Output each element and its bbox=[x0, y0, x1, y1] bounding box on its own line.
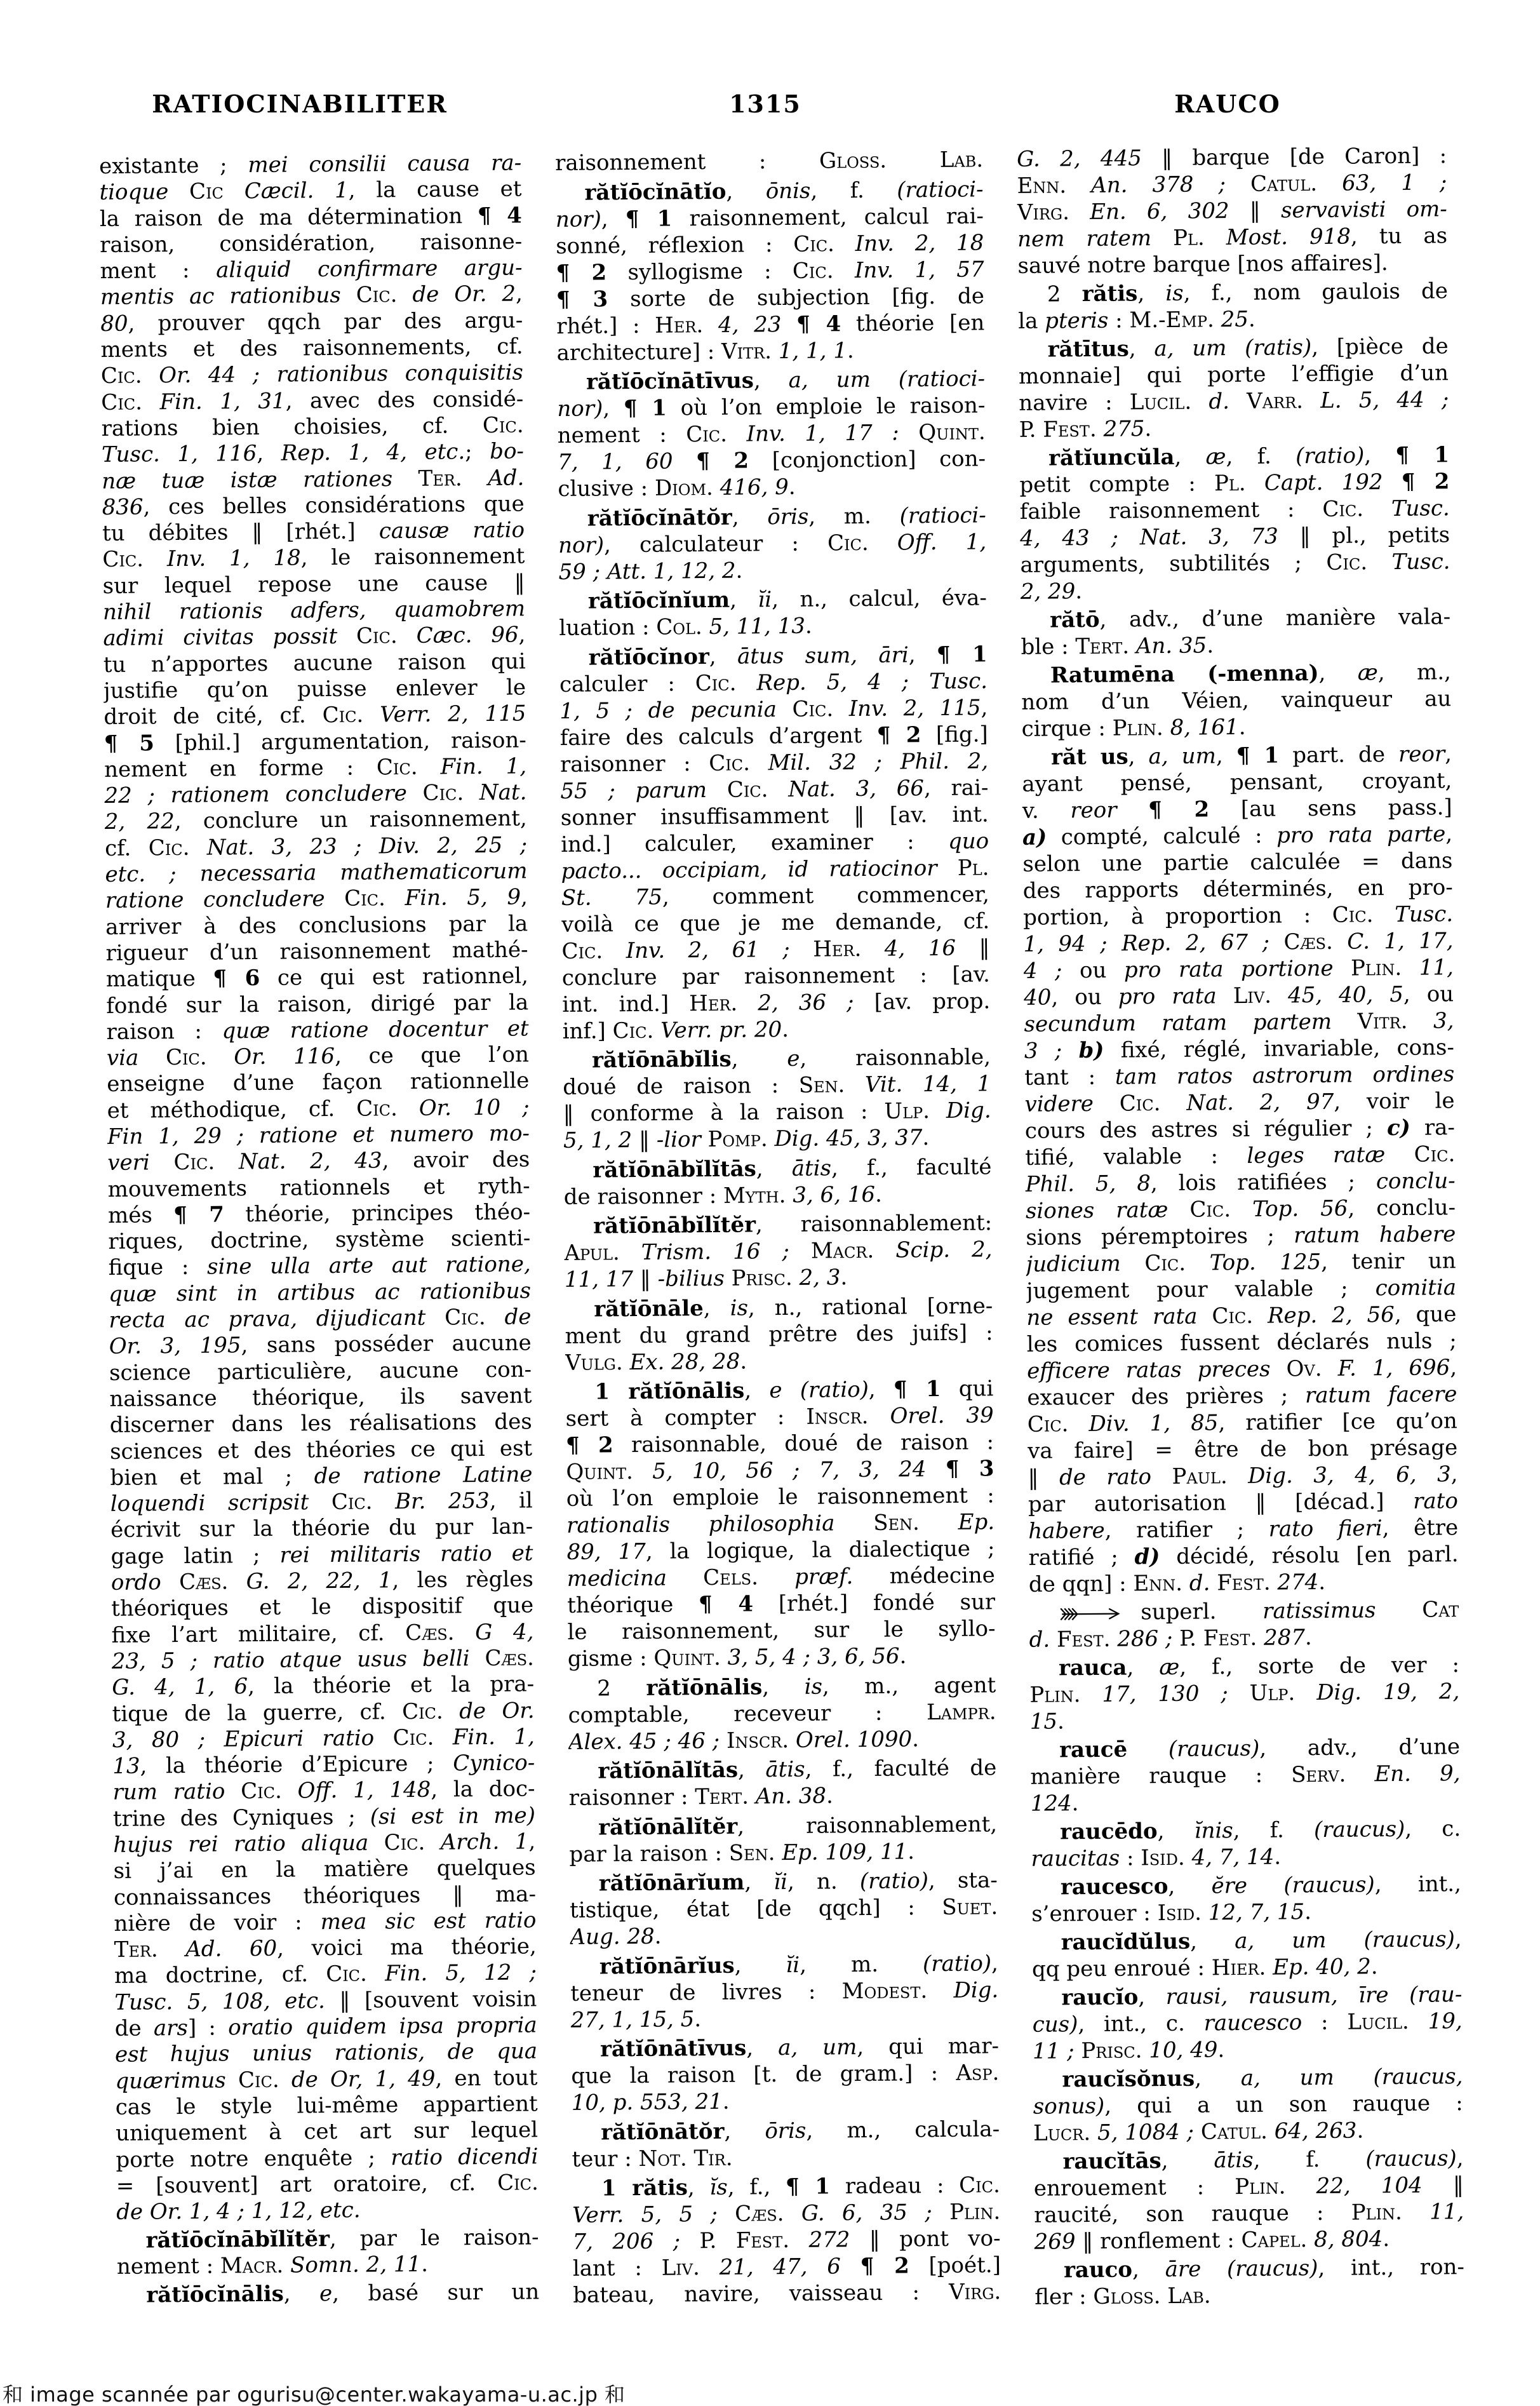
dictionary-entry: rătĭōnābĭlĭtĕr, raisonnablement:Apul. Tr… bbox=[564, 1209, 993, 1293]
french-text: théorie, principes théo- bbox=[224, 1199, 530, 1227]
french-text: . bbox=[1371, 1954, 1378, 1979]
french-text: , bbox=[991, 1951, 998, 1976]
latin-citation: loquendi scripsit bbox=[110, 1489, 309, 1517]
author-abbreviation: Cic. bbox=[384, 1830, 425, 1856]
latin-citation: Alex. 45 ; 46 ; bbox=[568, 1728, 720, 1754]
text-line: nement en forme : Cic. Fin. 1, bbox=[104, 753, 526, 783]
french-text: tistique, état [de qqch] : bbox=[570, 1895, 942, 1923]
latin-citation: 10, p. 553, 21 bbox=[572, 2089, 723, 2116]
text-line: G. 2, 445 ‖ barque [de Caron] : bbox=[1017, 142, 1447, 173]
author-abbreviation: Cic. bbox=[1144, 1251, 1186, 1277]
text-line: Quint. 5, 10, 56 ; 7, 3, 24 ¶ 3 bbox=[566, 1455, 994, 1486]
french-text: . bbox=[907, 1839, 914, 1864]
latin-citation: Top. 56 bbox=[1252, 1196, 1348, 1222]
french-text bbox=[189, 835, 207, 860]
french-text: [phil.] argumentation, raison- bbox=[154, 727, 526, 756]
french-text bbox=[1090, 2120, 1097, 2146]
french-text bbox=[1228, 1681, 1250, 1706]
text-line: raisonner : Cic. Mil. 32 ; Phil. 2, bbox=[560, 748, 988, 778]
headword: rătĭōcĭnābĭlĭtĕr bbox=[145, 2226, 330, 2253]
french-text: navire : bbox=[1019, 389, 1130, 415]
french-text: sauvé notre barque [nos affaires]. bbox=[1017, 250, 1388, 279]
french-text bbox=[793, 1265, 800, 1291]
text-line: sauvé notre barque [nos affaires]. bbox=[1017, 249, 1447, 279]
author-abbreviation: Cic. bbox=[331, 1489, 373, 1516]
latin-citation: causæ ratio bbox=[379, 518, 525, 544]
latin-citation: a, um bbox=[778, 2034, 857, 2060]
headword: rătĭōcĭnātĭo bbox=[584, 178, 726, 205]
latin-citation: is bbox=[730, 1295, 748, 1321]
french-text: la raison de ma détermination bbox=[100, 203, 478, 232]
text-line: conclure par raisonnement : [av. bbox=[562, 961, 990, 991]
text-line: tique de la guerre, cf. Cic. de Or. bbox=[112, 1698, 534, 1728]
french-text bbox=[775, 1840, 782, 1865]
french-text bbox=[1116, 797, 1148, 823]
headword: raucē bbox=[1059, 1737, 1127, 1763]
latin-citation: servavisti om- bbox=[1281, 196, 1447, 223]
french-text: . bbox=[840, 1265, 847, 1290]
french-text bbox=[784, 2201, 801, 2226]
text-line: raucitas : Isid. 4, 7, 14. bbox=[1031, 1842, 1461, 1872]
french-text bbox=[443, 1698, 460, 1724]
french-text: nière de voir : bbox=[114, 1909, 321, 1937]
french-text: . bbox=[1383, 2226, 1389, 2252]
latin-citation: 21, 47, 6 bbox=[719, 2254, 841, 2280]
french-text: , bbox=[909, 642, 937, 667]
sense-marker: ¶ 4 bbox=[796, 311, 841, 337]
entry-continuation: raisonnement : Gloss. Lab. bbox=[555, 146, 983, 177]
french-text: , bbox=[738, 1757, 766, 1782]
latin-citation: pteris bbox=[1045, 308, 1108, 334]
text-line: Alex. 45 ; 46 ; Inscr. Orel. 1090. bbox=[568, 1725, 996, 1756]
french-text bbox=[1068, 1411, 1088, 1437]
french-text bbox=[653, 1018, 660, 1043]
text-line: loquendi scripsit Cic. Br. 253, il bbox=[110, 1488, 533, 1517]
author-abbreviation: Quint. bbox=[918, 419, 986, 445]
french-text: , par le raison- bbox=[330, 2224, 539, 2252]
french-text: , ratifier ; bbox=[1104, 1517, 1268, 1543]
french-text: . bbox=[1274, 1845, 1281, 1870]
text-line: raucĭo, rausi, rausum, īre (rau- bbox=[1032, 1981, 1462, 2012]
text-line: mouvements rationnels et ryth- bbox=[107, 1173, 530, 1203]
french-text: . bbox=[782, 1016, 789, 1042]
latin-citation: videre bbox=[1024, 1091, 1094, 1117]
french-text: , bbox=[1168, 1873, 1211, 1899]
sense-marker: ¶ 2 bbox=[566, 1432, 613, 1458]
french-text: sciences et des théories ce qui est bbox=[110, 1435, 532, 1465]
text-line: les comices fussent déclarés nuls ; bbox=[1027, 1327, 1457, 1358]
text-line: Or. 3, 195, sans posséder aucune bbox=[109, 1331, 532, 1361]
latin-citation: ātis bbox=[765, 1757, 805, 1783]
latin-citation: 5, 1, 2 bbox=[563, 1127, 632, 1153]
text-line: matique ¶ 6 ce qui est rationnel, bbox=[106, 964, 528, 993]
french-text: , que bbox=[1395, 1301, 1457, 1327]
latin-citation: 19, bbox=[1428, 2008, 1462, 2034]
text-line: cours des astres si régulier ; c) ra- bbox=[1025, 1114, 1455, 1145]
french-text bbox=[1202, 1900, 1209, 1925]
headword: rătĭōcĭnālis bbox=[146, 2282, 284, 2308]
french-text bbox=[789, 2228, 809, 2253]
author-abbreviation: Cic. bbox=[1414, 1141, 1455, 1167]
latin-citation: 45, 40, 5 bbox=[1288, 982, 1403, 1009]
french-text: . bbox=[1207, 633, 1214, 658]
headword: rătĭōcĭnātŏr bbox=[587, 504, 732, 531]
french-text bbox=[434, 1724, 453, 1750]
latin-citation: d. bbox=[1029, 1627, 1050, 1653]
latin-citation: aliquid confirmare argu- bbox=[216, 255, 523, 283]
latin-citation: ĭs bbox=[709, 2175, 728, 2200]
dictionary-columns: existante ; mei consilii causa ra-tioque… bbox=[99, 142, 1470, 2332]
author-abbreviation: Col. bbox=[656, 614, 702, 640]
french-text: : bbox=[1120, 1845, 1141, 1871]
french-text: [conjonction] con- bbox=[749, 446, 986, 473]
text-line: théorique ¶ 4 [rhét.] fondé sur bbox=[567, 1589, 995, 1619]
latin-citation: G. 2, 445 bbox=[1017, 145, 1142, 172]
french-text bbox=[1269, 929, 1284, 955]
french-text bbox=[368, 1830, 384, 1855]
text-line: superl. ratissimus Cat bbox=[1029, 1596, 1459, 1627]
latin-citation: 1, 5 ; de pecunia bbox=[559, 697, 777, 724]
text-line: 23, 5 ; ratio atque usus belli Cæs. bbox=[112, 1645, 534, 1675]
latin-citation: Dig. 3, 4, 6, 3 bbox=[1248, 1462, 1451, 1489]
french-text: ment : bbox=[100, 258, 216, 285]
headword: raucĭtās bbox=[1062, 2148, 1162, 2174]
sense-marker: ¶ 1 bbox=[786, 2174, 830, 2200]
text-line: selon une partie calculée = dans bbox=[1022, 847, 1452, 878]
latin-citation: habere bbox=[1028, 1518, 1105, 1544]
french-text: , voici ma théorie, bbox=[277, 1934, 537, 1961]
latin-citation: Or. 116 bbox=[234, 1044, 335, 1070]
text-line: nement : Cic. Inv. 1, 17 : Quint. bbox=[558, 419, 986, 449]
author-abbreviation: Not. Tir. bbox=[638, 2145, 732, 2171]
french-text: , bbox=[1195, 2066, 1241, 2092]
latin-citation: En. 6, 302 bbox=[1090, 198, 1229, 225]
text-line: raucesco, ĕre (raucus), int., bbox=[1031, 1871, 1461, 1901]
text-line: nor), calculateur : Cic. Off. 1, bbox=[558, 528, 986, 559]
text-line: rationalis philosophia Sen. Ep. bbox=[566, 1509, 994, 1539]
french-text: , la théorie et la pra- bbox=[248, 1672, 534, 1700]
author-abbreviation: P. Fest. bbox=[699, 2228, 789, 2254]
french-text bbox=[673, 448, 696, 474]
french-text: . bbox=[1356, 2118, 1363, 2143]
french-text bbox=[417, 754, 440, 779]
dictionary-entry: 2 rătĭōnālis, is, m., agentcomptable, re… bbox=[568, 1672, 996, 1756]
french-text: , f. bbox=[1253, 2146, 1365, 2172]
latin-citation: de Or, 1, 49 bbox=[291, 2066, 436, 2092]
french-text: uniquement à cet art sur lequel bbox=[116, 2118, 538, 2147]
french-text bbox=[142, 389, 160, 415]
french-text: tifié, valable : bbox=[1025, 1143, 1247, 1171]
text-line: Cic. Fin. 1, 31, avec des considé- bbox=[101, 386, 523, 416]
text-line: existante ; mei consilii causa ra- bbox=[99, 150, 521, 180]
author-abbreviation: Cæs. bbox=[179, 1569, 229, 1595]
french-text bbox=[750, 750, 768, 776]
french-text bbox=[138, 1045, 166, 1070]
sense-marker: ¶ 1 bbox=[1236, 743, 1280, 769]
text-line: rătĭōcĭnĭum, ĭi, n., calcul, éva- bbox=[559, 584, 987, 615]
text-line: Cic. Div. 1, 85, ratifier [ce qu’on bbox=[1028, 1408, 1457, 1438]
entry-continuation: G. 2, 445 ‖ barque [de Caron] :Enn. An. … bbox=[1017, 142, 1448, 279]
french-text: nement : bbox=[558, 422, 686, 448]
latin-citation: judicium bbox=[1026, 1251, 1121, 1277]
sense-marker: ¶ 2 bbox=[696, 448, 749, 474]
latin-citation: 10, 49 bbox=[1149, 2037, 1217, 2063]
text-line: d. Fest. 286 ; P. Fest. 287. bbox=[1029, 1623, 1459, 1653]
latin-citation: Off. 1, bbox=[897, 529, 987, 555]
french-text: , qui a un son rauque : bbox=[1104, 2090, 1463, 2119]
french-text bbox=[725, 1266, 732, 1291]
text-line: le raisonnement, sur le syllo- bbox=[567, 1615, 995, 1646]
french-text: raison, considération, raisonne- bbox=[100, 229, 522, 258]
latin-citation: F. 1, 696 bbox=[1338, 1355, 1450, 1381]
latin-citation: æ bbox=[1159, 1655, 1179, 1680]
text-line: tu débites ‖ [rhét.] causæ ratio bbox=[102, 518, 525, 548]
text-line: que la raison [t. de gram.] : Asp. bbox=[571, 2059, 999, 2090]
latin-citation: Inv. 1, 57 bbox=[855, 257, 984, 283]
french-text: sert à compter : bbox=[566, 1404, 807, 1432]
french-text: où l’on emploie le raison- bbox=[667, 393, 986, 420]
latin-citation: En. 9, bbox=[1374, 1761, 1460, 1787]
latin-citation: Tusc. bbox=[1395, 901, 1453, 927]
french-text: porte notre enquête ; bbox=[116, 2145, 391, 2173]
author-abbreviation: Quint. bbox=[653, 1645, 721, 1671]
text-line: 10, p. 553, 21. bbox=[572, 2086, 1000, 2116]
text-line: bien et mal ; de ratione Latine bbox=[110, 1462, 532, 1491]
dictionary-entry: rătĭōcĭnĭum, ĭi, n., calcul, éva-luation… bbox=[559, 584, 988, 642]
french-text: , lois ratifiées ; bbox=[1151, 1169, 1376, 1196]
text-line: rhét.] : Her. 4, 23 ¶ 4 théorie [en bbox=[556, 309, 984, 340]
french-text: sions péremptoires ; bbox=[1026, 1223, 1294, 1251]
french-text bbox=[215, 1149, 239, 1174]
text-line: 836, ces belles considérations que bbox=[102, 491, 524, 521]
french-text: par la raison : bbox=[569, 1840, 729, 1867]
french-text: architecture] : bbox=[556, 339, 721, 365]
french-text bbox=[1210, 1570, 1217, 1596]
text-line: de Or. 1, 4 ; 1, 12, etc. bbox=[116, 2196, 539, 2226]
french-text: trine des Cyniques ; bbox=[113, 1804, 370, 1831]
text-line: la raison de ma détermination ¶ 4 bbox=[100, 203, 522, 232]
latin-citation: 3, 6, 16 bbox=[793, 1181, 875, 1207]
french-text: jugement pour valable ; bbox=[1026, 1275, 1376, 1304]
latin-citation: G. 6, 35 ; bbox=[801, 2200, 932, 2226]
french-text: faible raisonnement : bbox=[1020, 497, 1323, 525]
latin-citation: Scip. 2, bbox=[895, 1237, 993, 1263]
latin-citation: Dig. 19, 2, bbox=[1316, 1679, 1459, 1705]
latin-citation: ordo bbox=[111, 1569, 161, 1596]
text-line: teneur de livres : Modest. Dig. bbox=[570, 1977, 998, 2007]
french-text: , f., faculté de bbox=[805, 1755, 996, 1782]
author-abbreviation: Plin. bbox=[1112, 715, 1163, 741]
latin-citation: Tusc. 1, 116 bbox=[102, 441, 257, 467]
french-text: teur : bbox=[572, 2146, 638, 2172]
french-text: . bbox=[654, 1924, 661, 1949]
sense-marker: ¶ 1 bbox=[894, 1376, 941, 1402]
text-line: nière de voir : mea sic est ratio bbox=[114, 1907, 536, 1937]
french-text: , f., bbox=[728, 2174, 786, 2200]
latin-citation: rausi, rausum, īre (rau- bbox=[1166, 1982, 1463, 2010]
french-text: nom d’un Véien, vainqueur au bbox=[1021, 686, 1451, 715]
french-text: , bbox=[1216, 743, 1236, 769]
text-line: 269 ‖ ronflement : Capel. 8, 804. bbox=[1034, 2225, 1464, 2255]
text-line: Virg. En. 6, 302 ‖ servavisti om- bbox=[1017, 196, 1447, 226]
author-abbreviation: Cic. bbox=[709, 750, 750, 776]
french-text: selon une partie calculée = dans bbox=[1022, 848, 1452, 877]
french-text bbox=[1346, 1761, 1374, 1787]
latin-citation: (si est in me) bbox=[370, 1803, 536, 1829]
text-line: porte notre enquête ; ratio dicendi bbox=[116, 2144, 538, 2174]
french-text bbox=[462, 465, 488, 490]
french-text: ‖ bbox=[1423, 2172, 1464, 2198]
french-text: , bbox=[734, 1952, 786, 1979]
latin-citation: ōris bbox=[767, 504, 808, 530]
french-text: , m., calcula- bbox=[806, 2116, 1000, 2144]
text-line: faire des calculs d’argent ¶ 2 [fig.] bbox=[560, 721, 988, 751]
latin-citation: Trism. 16 ; bbox=[641, 1239, 789, 1265]
author-abbreviation: Cic. bbox=[1332, 902, 1374, 928]
text-line: 124. bbox=[1031, 1787, 1461, 1817]
headword: rătĭōnālĭtĕr bbox=[598, 1813, 737, 1840]
french-text: ratifié ; bbox=[1028, 1544, 1134, 1570]
french-text: . bbox=[740, 1348, 747, 1374]
text-line: 55 ; parum Cic. Nat. 3, 66, rai- bbox=[560, 774, 988, 805]
latin-citation: ātus sum, āri bbox=[737, 642, 909, 669]
french-text: gisme : bbox=[568, 1646, 654, 1672]
french-text: , tenir un bbox=[1321, 1248, 1456, 1275]
french-text bbox=[224, 178, 244, 204]
french-text bbox=[1110, 1627, 1117, 1652]
french-text: , raisonnable, bbox=[800, 1044, 991, 1072]
french-text: , bbox=[744, 1378, 769, 1403]
text-line: arguments, subtilités ; Cic. Tusc. bbox=[1020, 548, 1450, 579]
latin-citation: nor) bbox=[556, 206, 601, 232]
author-abbreviation: Cic. bbox=[792, 696, 833, 722]
text-line: ne essent rata Cic. Rep. 2, 56, que bbox=[1026, 1301, 1456, 1331]
french-text bbox=[1407, 1008, 1433, 1033]
french-text bbox=[454, 1620, 475, 1645]
author-abbreviation: Cic. bbox=[102, 547, 144, 573]
latin-citation: 3, 80 ; Epicuri ratio bbox=[112, 1725, 375, 1752]
french-text: cirque : bbox=[1021, 716, 1112, 742]
headword: rătĭōcĭnĭum bbox=[588, 588, 730, 614]
text-line: par la raison : Sen. Ep. 109, 11. bbox=[569, 1838, 997, 1868]
latin-citation: Inv. 2, 61 ; bbox=[626, 936, 790, 963]
latin-citation: Tusc. bbox=[1391, 549, 1450, 575]
french-text bbox=[720, 1728, 726, 1753]
french-text bbox=[703, 312, 718, 337]
french-text: , bbox=[869, 1377, 894, 1402]
french-text bbox=[937, 855, 958, 880]
french-text: des rapports déterminés, en pro- bbox=[1023, 875, 1453, 904]
author-abbreviation: Cic. bbox=[173, 1150, 215, 1176]
latin-citation: 124 bbox=[1031, 1791, 1072, 1817]
author-abbreviation: Ov. bbox=[1286, 1356, 1322, 1381]
latin-citation: 1, 1, 1 bbox=[779, 338, 847, 364]
french-text: , bbox=[688, 2175, 710, 2200]
sense-marker: ¶ 2 bbox=[1148, 796, 1209, 823]
french-text: , bbox=[1157, 1818, 1194, 1844]
text-line: tioque Cic Cæcil. 1, la cause et bbox=[99, 177, 521, 206]
french-text bbox=[736, 670, 756, 696]
french-text bbox=[1402, 955, 1419, 981]
french-text bbox=[789, 1727, 796, 1752]
author-abbreviation: Cic. bbox=[1120, 1091, 1161, 1117]
french-text: ‖ [souvent voisin bbox=[325, 1986, 537, 2013]
text-line: 2 rătĭōnālis, is, m., agent bbox=[568, 1672, 996, 1702]
french-text: , bbox=[528, 1829, 535, 1854]
text-line: Tusc. 5, 108, etc. ‖ [souvent voisin bbox=[114, 1986, 537, 2016]
french-text: , int., ron- bbox=[1318, 2254, 1464, 2281]
headword: rauca bbox=[1059, 1655, 1127, 1681]
french-text bbox=[374, 1725, 393, 1751]
latin-citation: mentis ac rationibus bbox=[100, 283, 341, 310]
latin-citation: pacto... occipiam, id ratiocinor bbox=[561, 855, 937, 884]
french-text: , basé sur un bbox=[332, 2279, 539, 2306]
french-text: ‖ conforme à la raison : bbox=[563, 1099, 885, 1127]
latin-citation: efficere ratas preces bbox=[1027, 1357, 1271, 1384]
text-line: rigueur d’un raisonnement mathé- bbox=[105, 937, 528, 967]
text-line: Fin 1, 29 ; ratione et numero mo- bbox=[107, 1120, 530, 1150]
french-text: , f., sorte de ver : bbox=[1179, 1652, 1459, 1680]
text-line: science particulière, aucune con- bbox=[109, 1357, 532, 1387]
latin-citation: 7, 1, 60 bbox=[558, 448, 673, 475]
text-line: naissance théorique, ils savent bbox=[109, 1383, 532, 1413]
author-abbreviation: Cic. bbox=[377, 755, 418, 781]
author-abbreviation: Paul. bbox=[1172, 1463, 1228, 1489]
latin-citation: Inv. 1, 17 : bbox=[746, 420, 899, 447]
text-line: cf. Cic. Nat. 3, 23 ; Div. 2, 25 ; bbox=[105, 832, 527, 862]
latin-citation: de Or. 2 bbox=[412, 281, 516, 307]
author-abbreviation: Cic. bbox=[1189, 1197, 1231, 1223]
text-line: 7, 1, 60 ¶ 2 [conjonction] con- bbox=[558, 445, 986, 476]
dictionary-entry: raucesco, ĕre (raucus), int.,s’enrouer :… bbox=[1031, 1871, 1462, 1928]
text-line: rătītus, a, um (ratis), [pièce de bbox=[1018, 333, 1448, 363]
sense-marker: ¶ 1 bbox=[624, 396, 667, 422]
french-text: , en tout bbox=[435, 2065, 537, 2091]
latin-citation: Cynico- bbox=[453, 1750, 535, 1776]
french-text: cas le style lui-même appartient bbox=[116, 2091, 538, 2120]
french-text: ‖ pl., petits bbox=[1278, 522, 1450, 549]
french-text: . bbox=[1072, 1791, 1079, 1816]
latin-citation: Inv. 2, 115 bbox=[849, 695, 981, 722]
french-text: ‖ bbox=[1028, 1465, 1059, 1490]
text-line: veri Cic. Nat. 2, 43, avoir des bbox=[107, 1147, 530, 1177]
text-line: fixe l’art militaire, cf. Cæs. G 4, bbox=[111, 1619, 533, 1649]
french-text bbox=[1217, 983, 1233, 1009]
french-text bbox=[833, 258, 855, 283]
author-abbreviation: Capel. bbox=[1241, 2227, 1307, 2253]
latin-citation: Somn. 2, 11 bbox=[290, 2252, 421, 2278]
sense-marker: ¶ 1 bbox=[937, 642, 988, 668]
french-text bbox=[1271, 983, 1288, 1008]
french-text: , bbox=[1445, 821, 1452, 847]
text-line: ‖ de rato Paul. Dig. 3, 4, 6, 3, bbox=[1028, 1461, 1457, 1491]
text-line: enrouement : Plin. 22, 104 ‖ bbox=[1034, 2172, 1464, 2202]
author-abbreviation: Cic. bbox=[402, 1698, 443, 1724]
subsense-marker: a) bbox=[1022, 825, 1047, 850]
latin-citation: 59 ; Att. 1, 12, 2 bbox=[558, 558, 735, 584]
author-abbreviation: Cæs. bbox=[485, 1645, 534, 1671]
french-text: qui bbox=[941, 1376, 993, 1402]
latin-citation: Ex. 28, 28 bbox=[629, 1348, 740, 1374]
french-text: théorique bbox=[567, 1592, 699, 1618]
french-text: . bbox=[847, 338, 854, 363]
french-text: , bbox=[1129, 336, 1155, 361]
latin-citation: medicina bbox=[567, 1566, 667, 1592]
column-1: existante ; mei consilii causa ra-tioque… bbox=[99, 150, 539, 2309]
latin-citation: (ratioci- bbox=[899, 502, 986, 528]
headword: 1 rătis bbox=[601, 2175, 688, 2201]
text-line: 15. bbox=[1030, 1705, 1460, 1735]
